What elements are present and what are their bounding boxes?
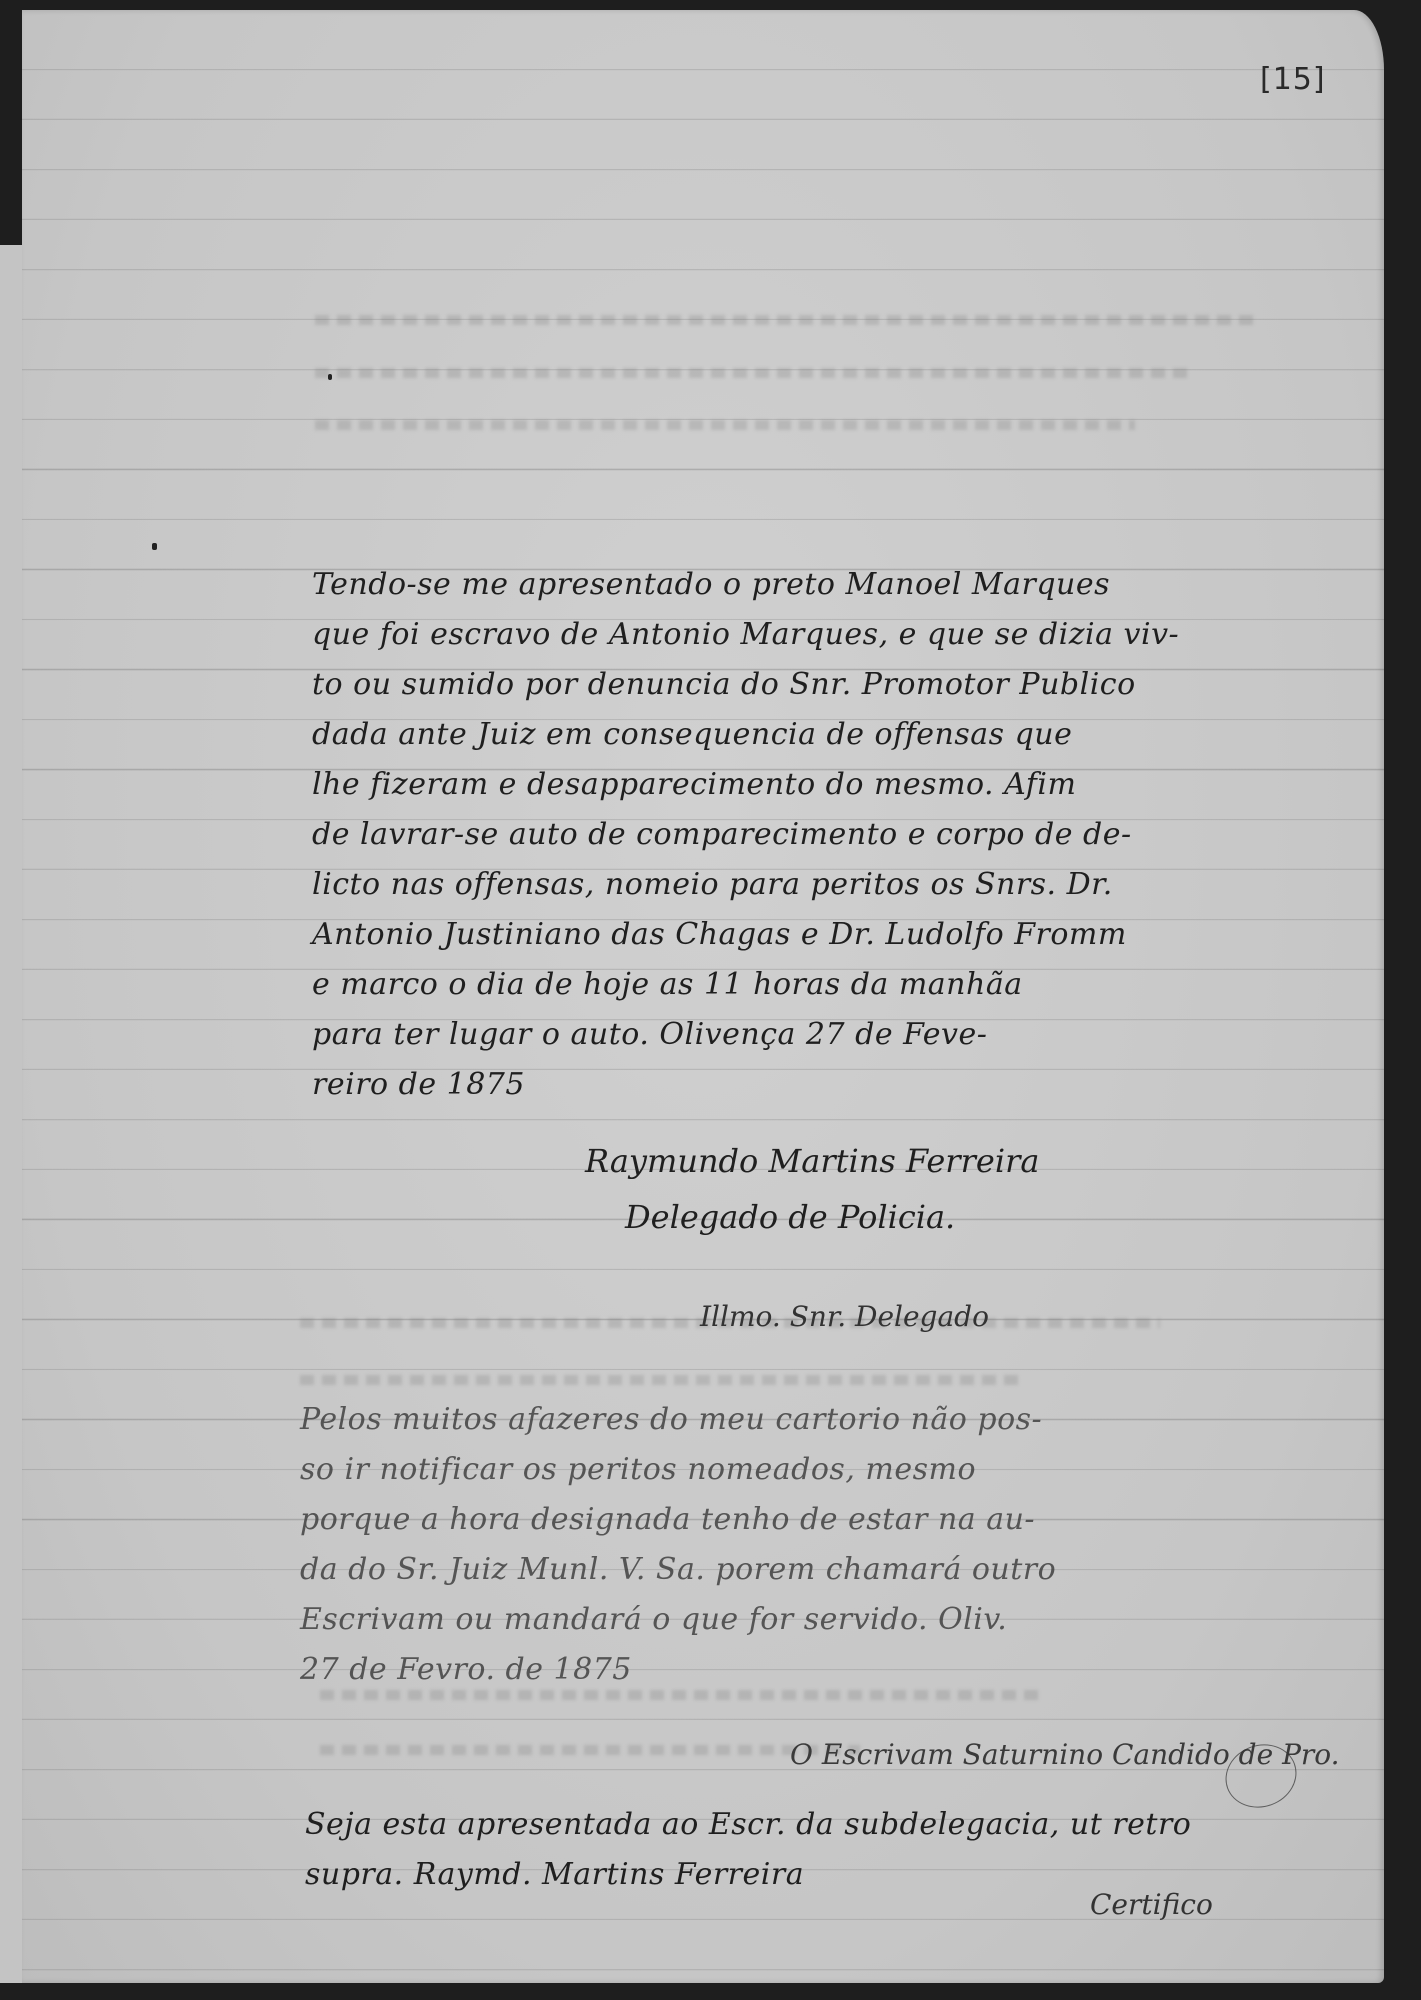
text-line: licto nas offensas, nomeio para peritos … xyxy=(312,860,1382,910)
text-line: Pelos muitos afazeres do meu cartorio nã… xyxy=(300,1395,1370,1445)
text-line: que foi escravo de Antonio Marques, e qu… xyxy=(312,610,1382,660)
bleed-through-text xyxy=(300,1375,1020,1385)
text-line: porque a hora designada tenho de estar n… xyxy=(300,1495,1370,1545)
text-line: 27 de Fevro. de 1875 xyxy=(300,1645,1370,1695)
bleed-through-text xyxy=(315,420,1135,430)
text-line: so ir notificar os peritos nomeados, mes… xyxy=(300,1445,1370,1495)
petition-text-block: Pelos muitos afazeres do meu cartorio nã… xyxy=(300,1395,1370,1695)
text-line: reiro de 1875 xyxy=(312,1060,1382,1110)
footer-note: Certifico xyxy=(1090,1888,1213,1921)
text-line: to ou sumido por denuncia do Snr. Promot… xyxy=(312,660,1382,710)
page-number: [15] xyxy=(1260,62,1326,97)
signature-name: Raymundo Martins Ferreira xyxy=(585,1142,1039,1180)
ink-spot xyxy=(152,543,157,550)
text-line: Seja esta apresentada ao Escr. da subdel… xyxy=(305,1800,1375,1850)
petition-salutation: Illmo. Snr. Delegado xyxy=(700,1300,989,1333)
text-line: para ter lugar o auto. Olivença 27 de Fe… xyxy=(312,1010,1382,1060)
order-text-block: Seja esta apresentada ao Escr. da subdel… xyxy=(305,1800,1375,1900)
scan-border xyxy=(0,1983,1421,2000)
text-line: da do Sr. Juiz Munl. V. Sa. porem chamar… xyxy=(300,1545,1370,1595)
text-line: dada ante Juiz em consequencia de offens… xyxy=(312,710,1382,760)
text-line: Escrivam ou mandará o que for servido. O… xyxy=(300,1595,1370,1645)
ink-spot xyxy=(328,374,332,380)
text-line: lhe fizeram e desapparecimento do mesmo.… xyxy=(312,760,1382,810)
bleed-through-text xyxy=(315,368,1195,378)
bleed-through-text xyxy=(315,315,1255,325)
bleed-through-text xyxy=(320,1745,860,1755)
text-line: Tendo-se me apresentado o preto Manoel M… xyxy=(312,560,1382,610)
main-text-block: Tendo-se me apresentado o preto Manoel M… xyxy=(312,560,1382,1110)
text-line: de lavrar-se auto de comparecimento e co… xyxy=(312,810,1382,860)
signature-title: Delegado de Policia. xyxy=(625,1198,955,1236)
text-line: supra. Raymd. Martins Ferreira xyxy=(305,1850,1375,1900)
text-line: e marco o dia de hoje as 11 horas da man… xyxy=(312,960,1382,1010)
text-line: Antonio Justiniano das Chagas e Dr. Ludo… xyxy=(312,910,1382,960)
